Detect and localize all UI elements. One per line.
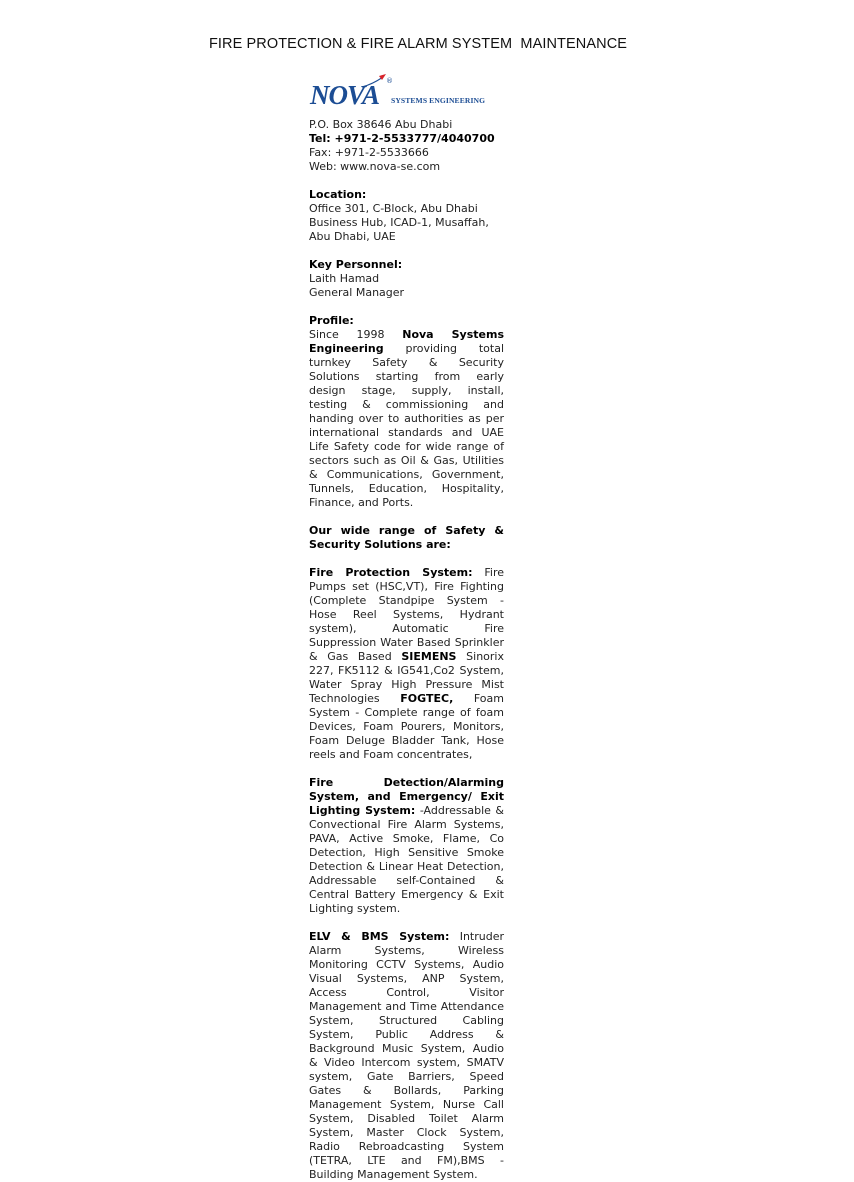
- personnel-heading: Key Personnel:: [309, 258, 504, 272]
- elv-bms-body: Intruder Alarm Systems, Wireless Monitor…: [309, 930, 504, 1181]
- location-heading: Location:: [309, 188, 504, 202]
- location-text: Office 301, C-Block, Abu Dhabi Business …: [309, 202, 504, 244]
- nova-logo: NOVA ® SYSTEMS ENGINEERING: [309, 74, 504, 108]
- profile-heading: Profile:: [309, 314, 504, 328]
- fire-protection-block: Fire Protection System: Fire Pumps set (…: [309, 566, 504, 762]
- contact-block: P.O. Box 38646 Abu Dhabi Tel: +971-2-553…: [309, 118, 504, 174]
- profile-text: Since 1998 Nova Systems Engineering prov…: [309, 328, 504, 510]
- brand-fogtec: FOGTEC,: [400, 692, 453, 705]
- fire-protection-body-1: Fire Pumps set (HSC,VT), Fire Fighting (…: [309, 566, 504, 663]
- personnel-role: General Manager: [309, 286, 504, 300]
- website: Web: www.nova-se.com: [309, 160, 504, 174]
- registered-mark: ®: [386, 77, 393, 85]
- solutions-intro-block: Our wide range of Safety & Security Solu…: [309, 524, 504, 552]
- personnel-block: Key Personnel: Laith Hamad General Manag…: [309, 258, 504, 300]
- elv-bms-block: ELV & BMS System: Intruder Alarm Systems…: [309, 930, 504, 1182]
- logo-wordmark: NOVA: [310, 80, 379, 111]
- logo-subtitle: SYSTEMS ENGINEERING: [391, 96, 485, 105]
- company-listing: NOVA ® SYSTEMS ENGINEERING P.O. Box 3864…: [309, 74, 504, 1182]
- page-title: FIRE PROTECTION & FIRE ALARM SYSTEM MAIN…: [0, 36, 836, 52]
- po-box: P.O. Box 38646 Abu Dhabi: [309, 118, 504, 132]
- profile-block: Profile: Since 1998 Nova Systems Enginee…: [309, 314, 504, 510]
- fire-detection-block: Fire Detection/Alarming System, and Emer…: [309, 776, 504, 916]
- fire-protection-text: Fire Protection System: Fire Pumps set (…: [309, 566, 504, 762]
- telephone: Tel: +971-2-5533777/4040700: [309, 132, 504, 146]
- fax: Fax: +971-2-5533666: [309, 146, 504, 160]
- fire-detection-text: Fire Detection/Alarming System, and Emer…: [309, 776, 504, 916]
- solutions-intro: Our wide range of Safety & Security Solu…: [309, 524, 504, 552]
- profile-body: providing total turnkey Safety & Securit…: [309, 342, 504, 509]
- personnel-name: Laith Hamad: [309, 272, 504, 286]
- elv-bms-heading: ELV & BMS System:: [309, 930, 449, 943]
- fire-protection-heading: Fire Protection System:: [309, 566, 473, 579]
- profile-lead: Since 1998: [309, 328, 402, 341]
- location-block: Location: Office 301, C-Block, Abu Dhabi…: [309, 188, 504, 244]
- fire-detection-body: -Addressable & Convectional Fire Alarm S…: [309, 804, 504, 915]
- elv-bms-text: ELV & BMS System: Intruder Alarm Systems…: [309, 930, 504, 1182]
- brand-siemens: SIEMENS: [401, 650, 456, 663]
